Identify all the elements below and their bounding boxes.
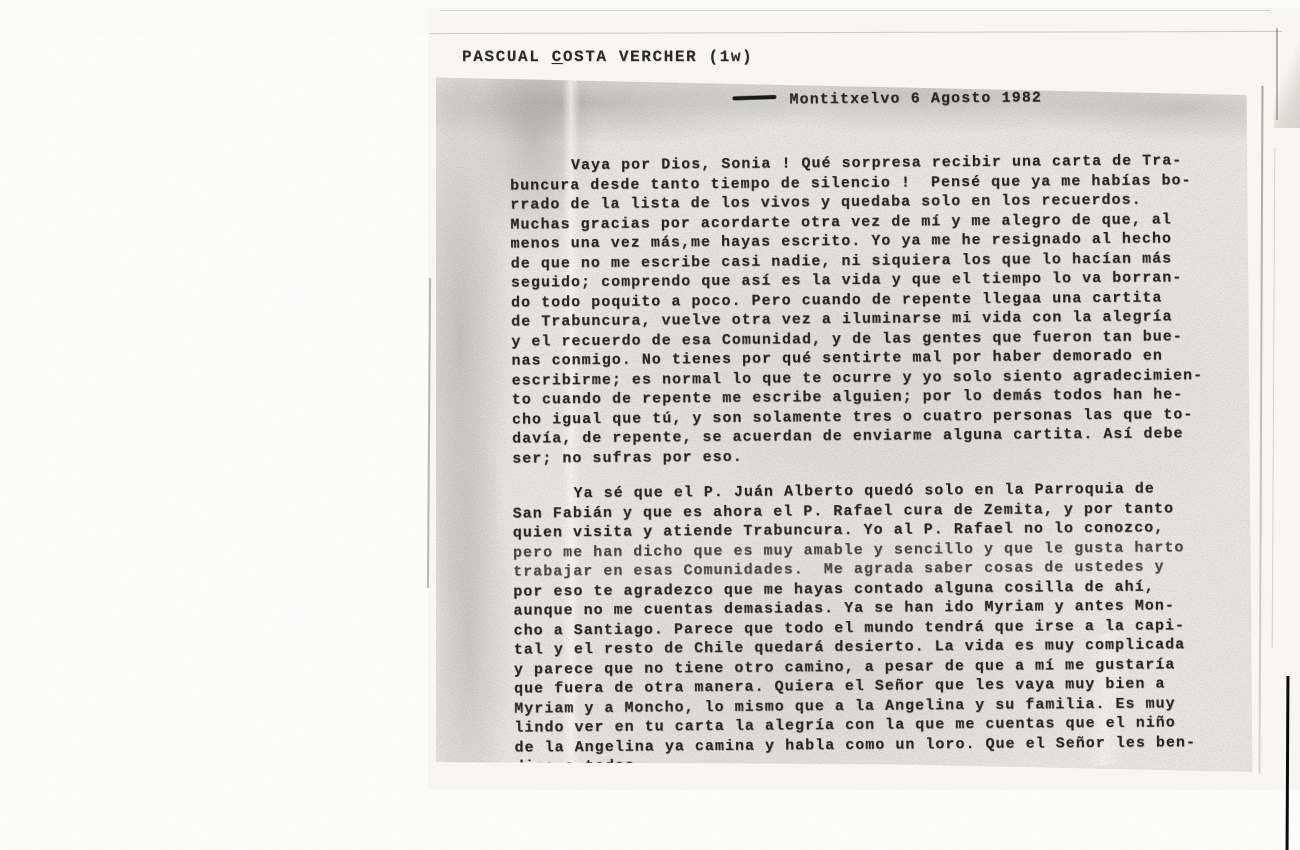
scanner-bed: { "document_type": "scanned typewritten … [0, 0, 1300, 850]
dateline-text: Montitxelvo 6 Agosto 1982 [789, 89, 1042, 108]
scan-edge-black-mark [1286, 676, 1290, 850]
archive-label-underlined-letter: C [552, 48, 563, 66]
photocopied-letter-page: Montitxelvo 6 Agosto 1982 Vaya por Dios,… [436, 74, 1254, 774]
letter-dateline: Montitxelvo 6 Agosto 1982 [732, 89, 1042, 108]
archive-label-name-post: OSTA VERCHER [563, 48, 709, 66]
archive-label: PASCUAL COSTA VERCHER (1w) [462, 48, 753, 66]
typewritten-letter: Montitxelvo 6 Agosto 1982 Vaya por Dios,… [433, 71, 1256, 777]
page-fold-line [1276, 28, 1278, 120]
sheet-edge-line [430, 31, 1282, 34]
letter-line: diga a todos. [515, 752, 1221, 777]
letter-paragraph: Ya sé que el P. Juán Alberto quedó solo … [512, 479, 1220, 777]
page-fold-line [1272, 148, 1276, 648]
page-fold-line [1258, 86, 1263, 774]
letter-body: Vaya por Dios, Sonia ! Qué sorpresa reci… [510, 151, 1221, 777]
scanned-sheet: PASCUAL COSTA VERCHER (1w) Montitxelvo 6… [428, 8, 1300, 790]
archive-label-name-pre: PASCUAL [462, 48, 552, 66]
dash-mark [732, 95, 776, 100]
sheet-edge-line [440, 10, 1270, 11]
sheet-edge-line [427, 278, 431, 588]
letter-paragraph: Vaya por Dios, Sonia ! Qué sorpresa reci… [510, 151, 1218, 469]
archive-label-annotation: (1w) [708, 48, 753, 66]
